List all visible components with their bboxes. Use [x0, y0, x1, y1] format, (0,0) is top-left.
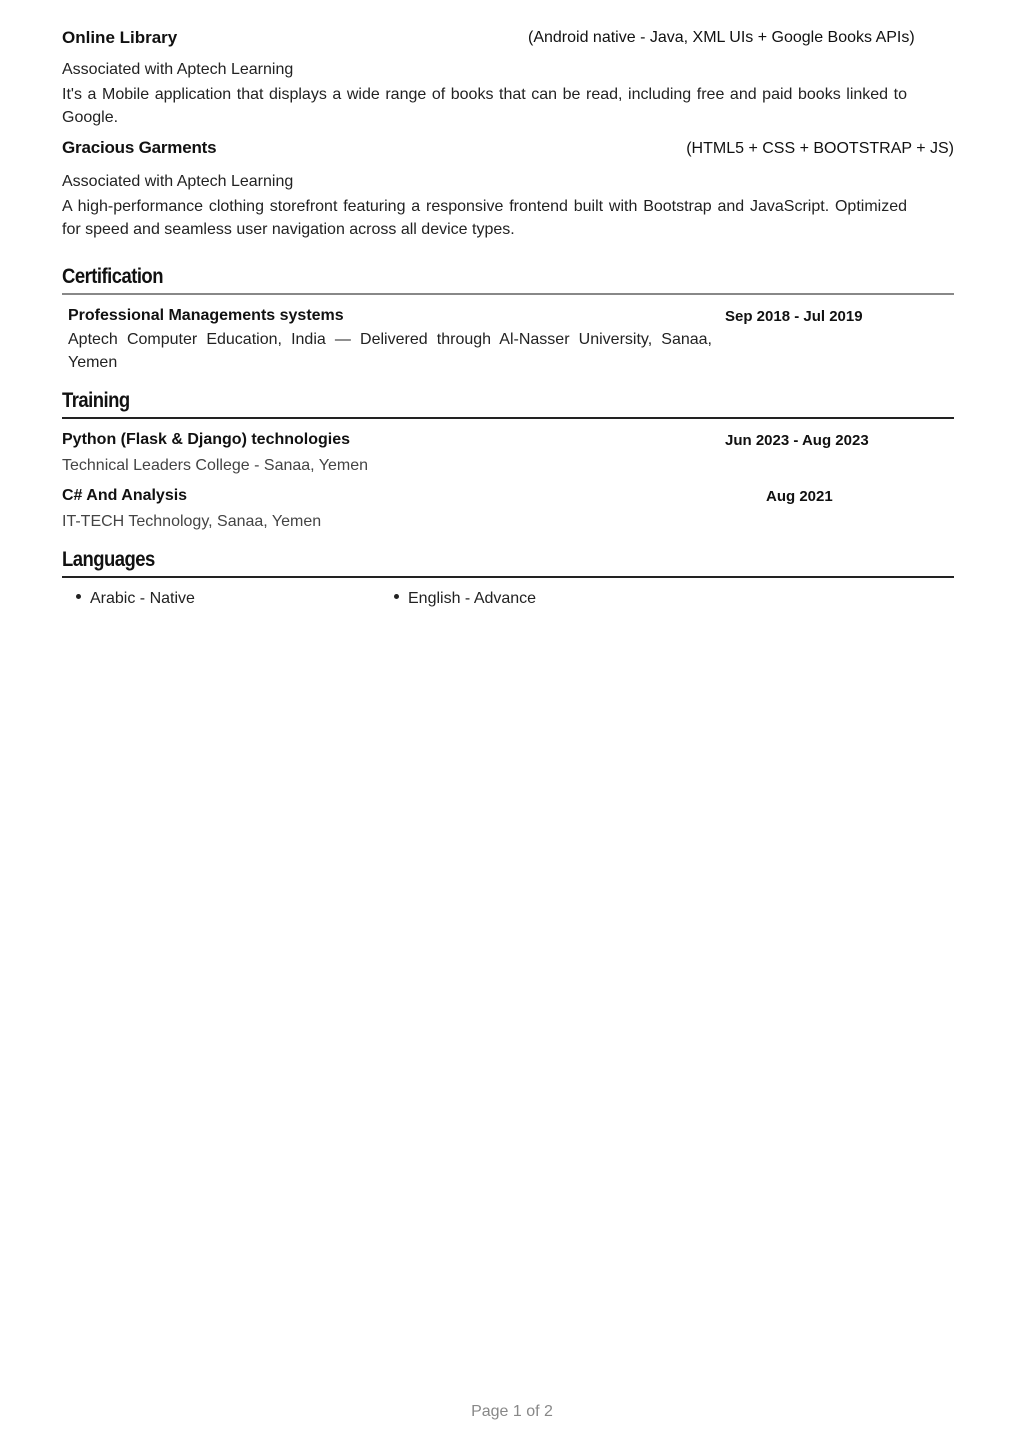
section-heading: Languages [62, 548, 155, 572]
language-label: Arabic - Native [90, 590, 195, 607]
section-divider [62, 576, 954, 578]
section-divider [62, 417, 954, 419]
certification-date: Sep 2018 - Jul 2019 [725, 308, 863, 325]
bullet-icon [76, 594, 81, 599]
bullet-icon [394, 594, 399, 599]
project-association: Associated with Aptech Learning [62, 58, 954, 81]
project-header: Gracious Garments (HTML5 + CSS + BOOTSTR… [62, 138, 954, 162]
training-date: Aug 2021 [766, 488, 833, 505]
certification-entry: Professional Managements systems Sep 201… [68, 307, 960, 374]
training-entry: Python (Flask & Django) technologies Jun… [62, 431, 954, 477]
language-label: English - Advance [408, 590, 536, 607]
page-indicator: Page 1 of 2 [0, 1403, 1024, 1421]
project-description: It's a Mobile application that displays … [62, 83, 907, 129]
section-divider [62, 293, 954, 295]
project-title: Online Library [62, 28, 177, 48]
certification-institution: Aptech Computer Education, India — Deliv… [68, 328, 712, 374]
project-description: A high-performance clothing storefront f… [62, 195, 907, 241]
section-heading: Training [62, 389, 130, 413]
training-date: Jun 2023 - Aug 2023 [725, 432, 869, 449]
section-certification: Certification [62, 265, 954, 295]
training-entry: C# And Analysis Aug 2021 IT-TECH Technol… [62, 487, 954, 533]
project-association: Associated with Aptech Learning [62, 170, 954, 193]
languages-list: Arabic - Native English - Advance [76, 590, 946, 614]
project-title: Gracious Garments [62, 138, 216, 158]
section-training: Training [62, 389, 954, 419]
project-online-library: Online Library (Android native - Java, X… [62, 28, 954, 129]
project-tech-stack: (Android native - Java, XML UIs + Google… [528, 29, 915, 47]
language-item: Arabic - Native [76, 590, 195, 608]
training-institution: Technical Leaders College - Sanaa, Yemen [62, 454, 954, 477]
section-languages: Languages [62, 548, 954, 578]
language-item: English - Advance [394, 590, 536, 608]
training-institution: IT-TECH Technology, Sanaa, Yemen [62, 510, 954, 533]
project-header: Online Library (Android native - Java, X… [62, 28, 954, 52]
project-tech-stack: (HTML5 + CSS + BOOTSTRAP + JS) [686, 140, 954, 158]
project-gracious-garments: Gracious Garments (HTML5 + CSS + BOOTSTR… [62, 138, 954, 241]
section-heading: Certification [62, 265, 163, 289]
